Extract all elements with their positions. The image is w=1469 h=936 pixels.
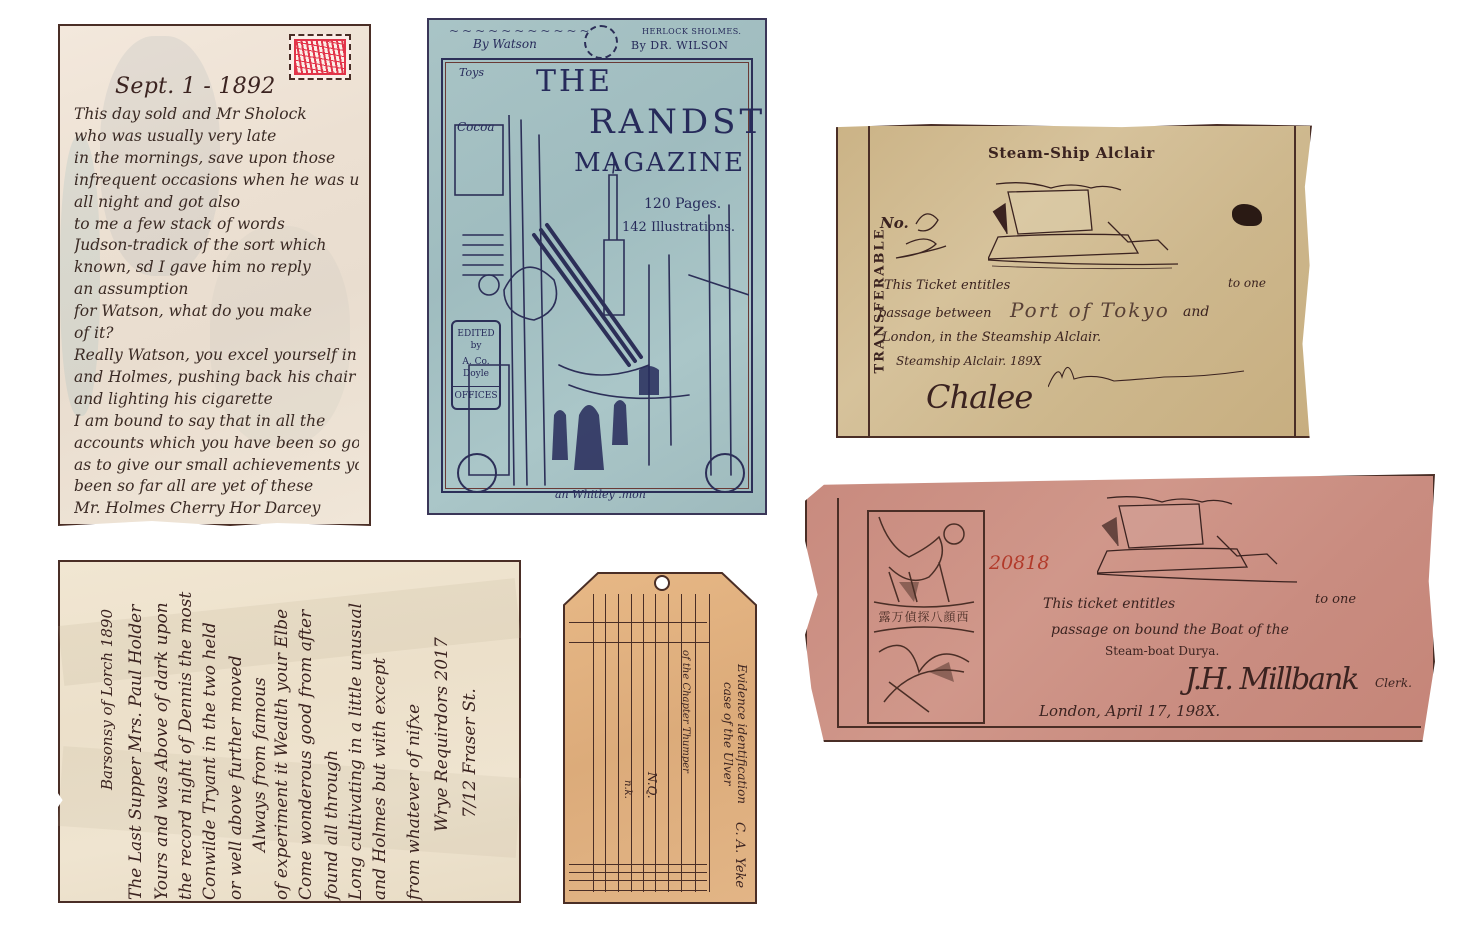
letter-line: as to give our small achievements you ha… (74, 455, 359, 477)
handwritten-letter-bottom[interactable]: Barsonsy of Lorch 1890 The Last Supper M… (58, 560, 521, 903)
steamship-alclair-ticket[interactable]: TRANSFERABLE Steam-Ship Alclair No. This… (836, 124, 1312, 438)
tag-rule (569, 642, 709, 643)
ticket-number-scribble (886, 204, 956, 264)
tag-rule (655, 594, 656, 892)
letter-line: Mr. Holmes Cherry Hor Darcey (74, 498, 359, 520)
letter-column: or well above further moved (226, 655, 246, 900)
tag-rule (605, 594, 606, 892)
seal-right-icon (705, 453, 745, 493)
tag-line-6: C. A. Yeke (732, 822, 747, 888)
letter-line: I am bound to say that in all the (74, 411, 359, 433)
handwritten-letter-top[interactable]: Sept. 1 - 1892 This day sold and Mr Shol… (58, 24, 371, 526)
letter-line: in the mornings, save upon those (74, 148, 359, 170)
tag-rule (643, 594, 644, 892)
ticket-line-1: This ticket entitles (1043, 596, 1175, 612)
letter-column: and Holmes but with except (370, 658, 390, 900)
tag-rule (569, 880, 707, 881)
clerk-label: Clerk. (1375, 676, 1412, 690)
tag-rule (631, 594, 632, 892)
letter-body: This day sold and Mr Sholock who was usu… (74, 104, 359, 520)
ticket-signature: Chalee (926, 378, 1032, 416)
tag-hole (654, 575, 670, 591)
letter-column: Long cultivating in a little unusual (346, 603, 366, 900)
letter-column: 7/12 Fraser St. (460, 688, 480, 818)
letter-line: known, sd I gave him no reply (74, 257, 359, 279)
ticket-line-2: passage on bound the Boat of the (1051, 622, 1289, 638)
letter-column: The Last Supper Mrs. Paul Holder (126, 605, 146, 900)
shop-sign-top: Toys (459, 66, 484, 79)
ticket-line-4: Steamship Alclair. 189X (896, 354, 1041, 368)
letter-line: all night and got also (74, 192, 359, 214)
tag-line-1: Evidence identification (735, 664, 749, 804)
letter-line: Really Watson, you excel yourself in (74, 345, 359, 367)
signature-flourish (1048, 362, 1248, 392)
header-series: HERLOCK SHOLMES. (642, 27, 741, 36)
ticket-edge-line (1294, 126, 1296, 436)
ticket-stub-line (868, 126, 870, 436)
tag-line-3: of the Chapter Thumper (680, 650, 691, 773)
illustrated-panel: 露万偵探八顔西 (867, 510, 985, 724)
tag-rule (569, 622, 707, 623)
footer-scribble: an Whitley .mon (555, 488, 646, 501)
letter-line: to me a few stack of words (74, 214, 359, 236)
evidence-tag[interactable]: Evidence identification case of the Ulve… (563, 572, 757, 904)
letter-line: an assumption (74, 279, 359, 301)
letter-column: Always from famous (250, 677, 270, 852)
ticket-line-3: Steam-boat Durya. (1105, 644, 1219, 658)
emblem-icon (584, 25, 618, 59)
magazine-title-the: THE (536, 64, 613, 99)
edited-label: EDITED by (453, 328, 499, 352)
tag-rule (569, 890, 707, 891)
tag-rule (569, 864, 707, 865)
letter-column: Yours and was Above of dark upon (152, 602, 172, 900)
shop-sign-bottom: Cocoa (457, 120, 495, 134)
tag-line-4: N.Q. (645, 772, 659, 799)
header-author-scribble: By Watson (473, 37, 537, 51)
ticket-handwritten-port: Port of Tokyo (1010, 298, 1170, 322)
ticket-stub-line (837, 498, 839, 728)
tag-rule (618, 594, 619, 892)
letter-column: the record night of Dennis the most (176, 592, 196, 900)
letter-column: found all through (322, 750, 342, 900)
ticket-date-line: London, April 17, 198X. (1039, 702, 1220, 720)
tag-rule (593, 594, 594, 892)
panel-caption: 露万偵探八顔西 (871, 608, 977, 625)
tag-rule (695, 594, 696, 892)
steamship-icon (988, 182, 1188, 272)
seal-left-icon (457, 453, 497, 493)
tag-rule (709, 594, 710, 892)
letter-column: of experiment it Wealth your Elbe (272, 609, 292, 900)
ticket-bottom-line (837, 726, 1421, 728)
ticket-line-3: London, in the Steamship Alclair. (882, 330, 1101, 345)
offices-label: OFFICES (453, 386, 499, 402)
header-by: By DR. WILSON (631, 39, 729, 52)
ticket-line-2-end: and (1183, 304, 1209, 320)
editor-name: A. Co. Doyle (453, 356, 499, 380)
letter-line: This day sold and Mr Sholock (74, 104, 359, 126)
tag-rule (569, 872, 707, 873)
letter-line: and Holmes, pushing back his chair (74, 367, 359, 389)
ticket-serial-number: 20818 (989, 552, 1049, 574)
editor-box: EDITED by A. Co. Doyle OFFICES (451, 320, 501, 410)
steamboat-icon (1097, 496, 1307, 586)
letter-column: Come wonderous good from after (296, 610, 316, 900)
tag-line-2: case of the Ulver (721, 682, 735, 785)
burn-hole (1232, 204, 1262, 226)
letter-column: Wrye Requirdors 2017 (432, 637, 452, 832)
letter-line: and lighting his cigarette (74, 389, 359, 411)
ticket-line-1-end: to one (1228, 276, 1266, 290)
letter-line: of it? (74, 323, 359, 345)
ticket-line-2-start: passage between (878, 306, 991, 321)
magazine-title-magazine: MAGAZINE (574, 148, 745, 178)
letter-line: for Watson, what do you make (74, 301, 359, 323)
letter-line: been so far all are yet of these (74, 476, 359, 498)
steamboat-durya-ticket[interactable]: 露万偵探八顔西 20818 This ticket entitles to on… (805, 474, 1435, 742)
letter-column: Barsonsy of Lorch 1890 (98, 609, 116, 790)
letter-column: from whatever of nifxe (404, 704, 424, 900)
letter-date: Sept. 1 - 1892 (115, 74, 276, 99)
ticket-line-1: This Ticket entitles (884, 278, 1010, 293)
ticket-line-1-end: to one (1315, 592, 1356, 607)
letter-line: who was usually very late (74, 126, 359, 148)
postage-stamp-icon (289, 34, 351, 80)
letter-column: Conwilde Tryant in the two held (200, 622, 220, 900)
clerk-signature: J.H. Millbank (1185, 662, 1358, 697)
tag-line-5: n.k. (622, 780, 633, 799)
tag-rule (668, 594, 669, 892)
page-count: 120 Pages. (644, 196, 721, 212)
magazine-title-randst: RANDST (589, 102, 766, 142)
letter-line: accounts which you have been so good as (74, 433, 359, 455)
header-scribble: ~~~~~~~~~~~ (449, 24, 593, 38)
ticket-title: Steam-Ship Alclair (988, 144, 1155, 162)
letter-line: Judson-tradick of the sort which (74, 235, 359, 257)
strand-magazine-cover[interactable]: ~~~~~~~~~~~ By Watson HERLOCK SHOLMES. B… (427, 18, 767, 515)
letter-line: infrequent occasions when he was up (74, 170, 359, 192)
illustration-count: 142 Illustrations. (622, 220, 735, 235)
